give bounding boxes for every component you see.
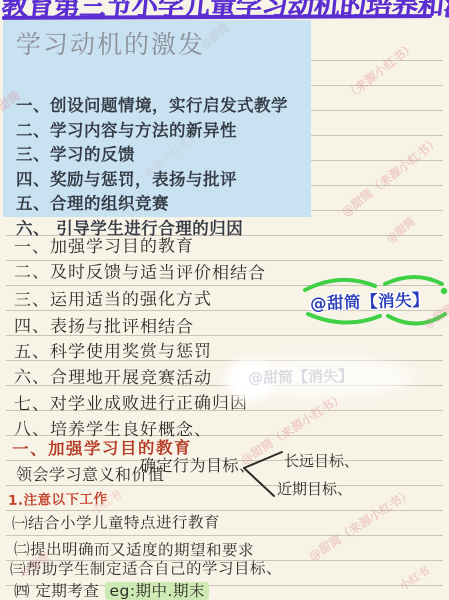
faded-watermark: @甜筒 (383, 214, 419, 247)
note-line: 五、科学使用奖赏与惩罚 (14, 337, 212, 363)
branch-item: 近期目标、 (277, 478, 352, 499)
faded-watermark: （来源小红书） (342, 38, 419, 103)
panel-list: 一、创设问题情境，实行启发式教学 二、学习内容与方法的新异性 三、学习的反馈 四… (16, 94, 311, 242)
note-line: 六、合理地开展竞赛活动 (14, 362, 212, 388)
exam-example-highlight: eg:期中.期末 (105, 582, 209, 600)
notes-page: 教育第三节小学儿童学习动机的培养和激发 学习动机的激发 一、创设问题情境，实行启… (0, 0, 449, 600)
note-line: 一、加强学习目的教育 (14, 231, 194, 257)
branch-item: 长远目标、 (284, 450, 359, 471)
note-line: 二、及时反馈与适当评价相结合 (14, 257, 266, 283)
note-line: 七、对学业成败进行正确归因 (14, 388, 248, 414)
panel-heading: 学习动机的激发 (16, 25, 311, 61)
author-watermark-badge: @甜筒【消失】 (300, 270, 449, 332)
note-line: 四、表扬与批评相结合 (14, 312, 194, 338)
ghost-watermark: @甜筒【消失】 (248, 365, 353, 388)
panel-item: 二、学习内容与方法的新异性 (16, 119, 311, 144)
sub-item-text: ㈣ 定期考查 (14, 582, 99, 600)
panel-item: 五、合理的组织竞赛 (16, 192, 311, 217)
sub-item: ㈣ 定期考查eg:期中.期末 (14, 579, 209, 600)
badge-username: @甜筒【消失】 (310, 286, 449, 315)
note-line: 三、运用适当的强化方式 (14, 284, 212, 310)
faded-watermark: 小红书 (396, 562, 432, 593)
panel-item: 一、创设问题情境，实行启发式教学 (16, 94, 311, 119)
faded-watermark: @甜筒（来源小红书） (337, 133, 442, 220)
sub-item: ㈠结合小学儿童特点进行教育 (12, 510, 220, 533)
highlight-panel: 学习动机的激发 一、创设问题情境，实行启发式教学 二、学习内容与方法的新异性 三… (3, 20, 311, 217)
panel-item: 三、学习的反馈 (16, 143, 311, 168)
sub-item: ㈢帮助学生制定适合自己的学习目标、 (10, 557, 282, 580)
panel-item: 四、奖励与惩罚，表扬与批评 (16, 168, 311, 193)
sub-section-heading: 1.注意以下工作 (8, 487, 108, 509)
